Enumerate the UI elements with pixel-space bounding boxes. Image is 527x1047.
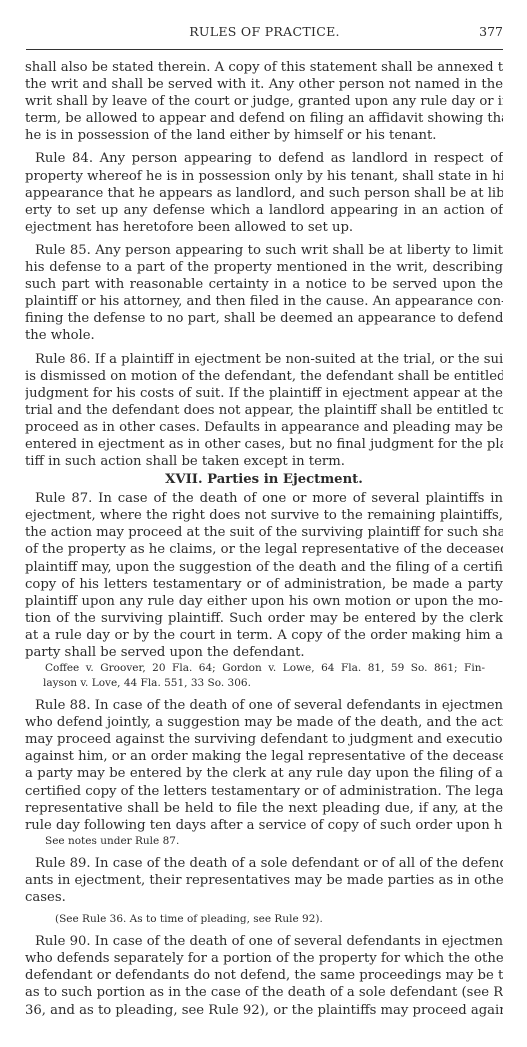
- rule-85-paragraph: Rule 85. Any person appearing to such wr…: [25, 242, 503, 345]
- text-line: representative shall be held to file the…: [25, 800, 503, 817]
- text-line: plaintiff or his attorney, and then file…: [25, 293, 503, 310]
- rule-84-paragraph: Rule 84. Any person appearing to defend …: [25, 150, 503, 235]
- text-line: as to such portion as in the case of the…: [25, 984, 503, 1001]
- rule-89-notes: (See Rule 36. As to time of pleading, se…: [25, 912, 503, 927]
- text-line: fining the defense to no part, shall be …: [25, 310, 503, 327]
- rule-89-paragraph: Rule 89. In case of the death of a sole …: [25, 855, 503, 906]
- citation-line: See notes under Rule 87.: [25, 834, 503, 849]
- text-line: property whereof he is in possession onl…: [25, 168, 503, 185]
- text-line: Rule 84. Any person appearing to defend …: [25, 150, 503, 167]
- text-line: judgment for his costs of suit. If the p…: [25, 385, 503, 402]
- running-title: RULES OF PRACTICE.: [26, 24, 503, 39]
- text-line: rule day following ten days after a serv…: [25, 817, 503, 834]
- text-line: Rule 85. Any person appearing to such wr…: [25, 242, 503, 259]
- section-heading: XVII. Parties in Ejectment.: [25, 470, 503, 490]
- text-line: Rule 88. In case of the death of one of …: [25, 697, 503, 714]
- text-line: plaintiff upon any rule day either upon …: [25, 593, 503, 610]
- text-line: tiff in such action shall be taken excep…: [25, 453, 503, 470]
- text-line: trial and the defendant does not appear,…: [25, 402, 503, 419]
- text-line: Rule 90. In case of the death of one of …: [25, 933, 503, 950]
- text-line: plaintiff may, upon the suggestion of th…: [25, 559, 503, 576]
- text-line: term, be allowed to appear and defend on…: [25, 110, 503, 127]
- text-line: the writ and shall be served with it. An…: [25, 76, 503, 93]
- text-line: shall also be stated therein. A copy of …: [25, 59, 503, 76]
- text-line: a party may be entered by the clerk at a…: [25, 765, 503, 782]
- text-line: who defend jointly, a suggestion may be …: [25, 714, 503, 731]
- text-line: ejectment, where the right does not surv…: [25, 507, 503, 524]
- text-line: defendant or defendants do not defend, t…: [25, 967, 503, 984]
- text-line: is dismissed on motion of the defendant,…: [25, 368, 503, 385]
- text-line: his defense to a part of the property me…: [25, 259, 503, 276]
- rule-87-notes: Coffee v. Groover, 20 Fla. 64; Gordon v.…: [25, 661, 503, 691]
- text-line: copy of his letters testamentary or of a…: [25, 576, 503, 593]
- header-divider: [26, 49, 503, 50]
- text-line: Rule 87. In case of the death of one or …: [25, 490, 503, 507]
- text-line: 36, and as to pleading, see Rule 92), or…: [25, 1002, 503, 1019]
- text-line: ants in ejectment, their representatives…: [25, 872, 503, 889]
- text-line: of the property as he claims, or the leg…: [25, 541, 503, 558]
- citation-line: Coffee v. Groover, 20 Fla. 64; Gordon v.…: [25, 661, 485, 676]
- citation-line: (See Rule 36. As to time of pleading, se…: [25, 912, 503, 927]
- text-line: writ shall by leave of the court or judg…: [25, 93, 503, 110]
- page-number: 377: [479, 24, 503, 39]
- text-line: proceed as in other cases. Defaults in a…: [25, 419, 503, 436]
- text-line: he is in possession of the land either b…: [25, 127, 503, 144]
- text-line: who defends separately for a portion of …: [25, 950, 503, 967]
- text-line: against him, or an order making the lega…: [25, 748, 503, 765]
- text-line: appearance that he appears as landlord, …: [25, 185, 503, 202]
- text-line: the whole.: [25, 327, 503, 344]
- text-line: the action may proceed at the suit of th…: [25, 524, 503, 541]
- page-header: RULES OF PRACTICE. 377: [26, 0, 503, 50]
- text-line: may proceed against the surviving defend…: [25, 731, 503, 748]
- text-line: Rule 89. In case of the death of a sole …: [25, 855, 503, 872]
- text-line: cases.: [25, 889, 503, 906]
- text-line: at a rule day or by the court in term. A…: [25, 627, 503, 644]
- rule-90-paragraph: Rule 90. In case of the death of one of …: [25, 933, 503, 1018]
- text-line: certified copy of the letters testamenta…: [25, 783, 503, 800]
- rule-87-paragraph: Rule 87. In case of the death of one or …: [25, 490, 503, 661]
- rule-88-paragraph: Rule 88. In case of the death of one of …: [25, 697, 503, 834]
- text-line: erty to set up any defense which a landl…: [25, 202, 503, 219]
- text-line: ejectment has heretofore been allowed to…: [25, 219, 503, 236]
- page-body: shall also be stated therein. A copy of …: [25, 59, 503, 1019]
- text-line: such part with reasonable certainty in a…: [25, 276, 503, 293]
- citation-line: layson v. Love, 44 Fla. 551, 33 So. 306.: [25, 676, 503, 691]
- text-line: Rule 86. If a plaintiff in ejectment be …: [25, 351, 503, 368]
- text-line: entered in ejectment as in other cases, …: [25, 436, 503, 453]
- rule-88-notes: See notes under Rule 87.: [25, 834, 503, 849]
- text-line: party shall be served upon the defendant…: [25, 644, 503, 661]
- text-line: tion of the surviving plaintiff. Such or…: [25, 610, 503, 627]
- rule-86-paragraph: Rule 86. If a plaintiff in ejectment be …: [25, 351, 503, 471]
- continuation-paragraph: shall also be stated therein. A copy of …: [25, 59, 503, 144]
